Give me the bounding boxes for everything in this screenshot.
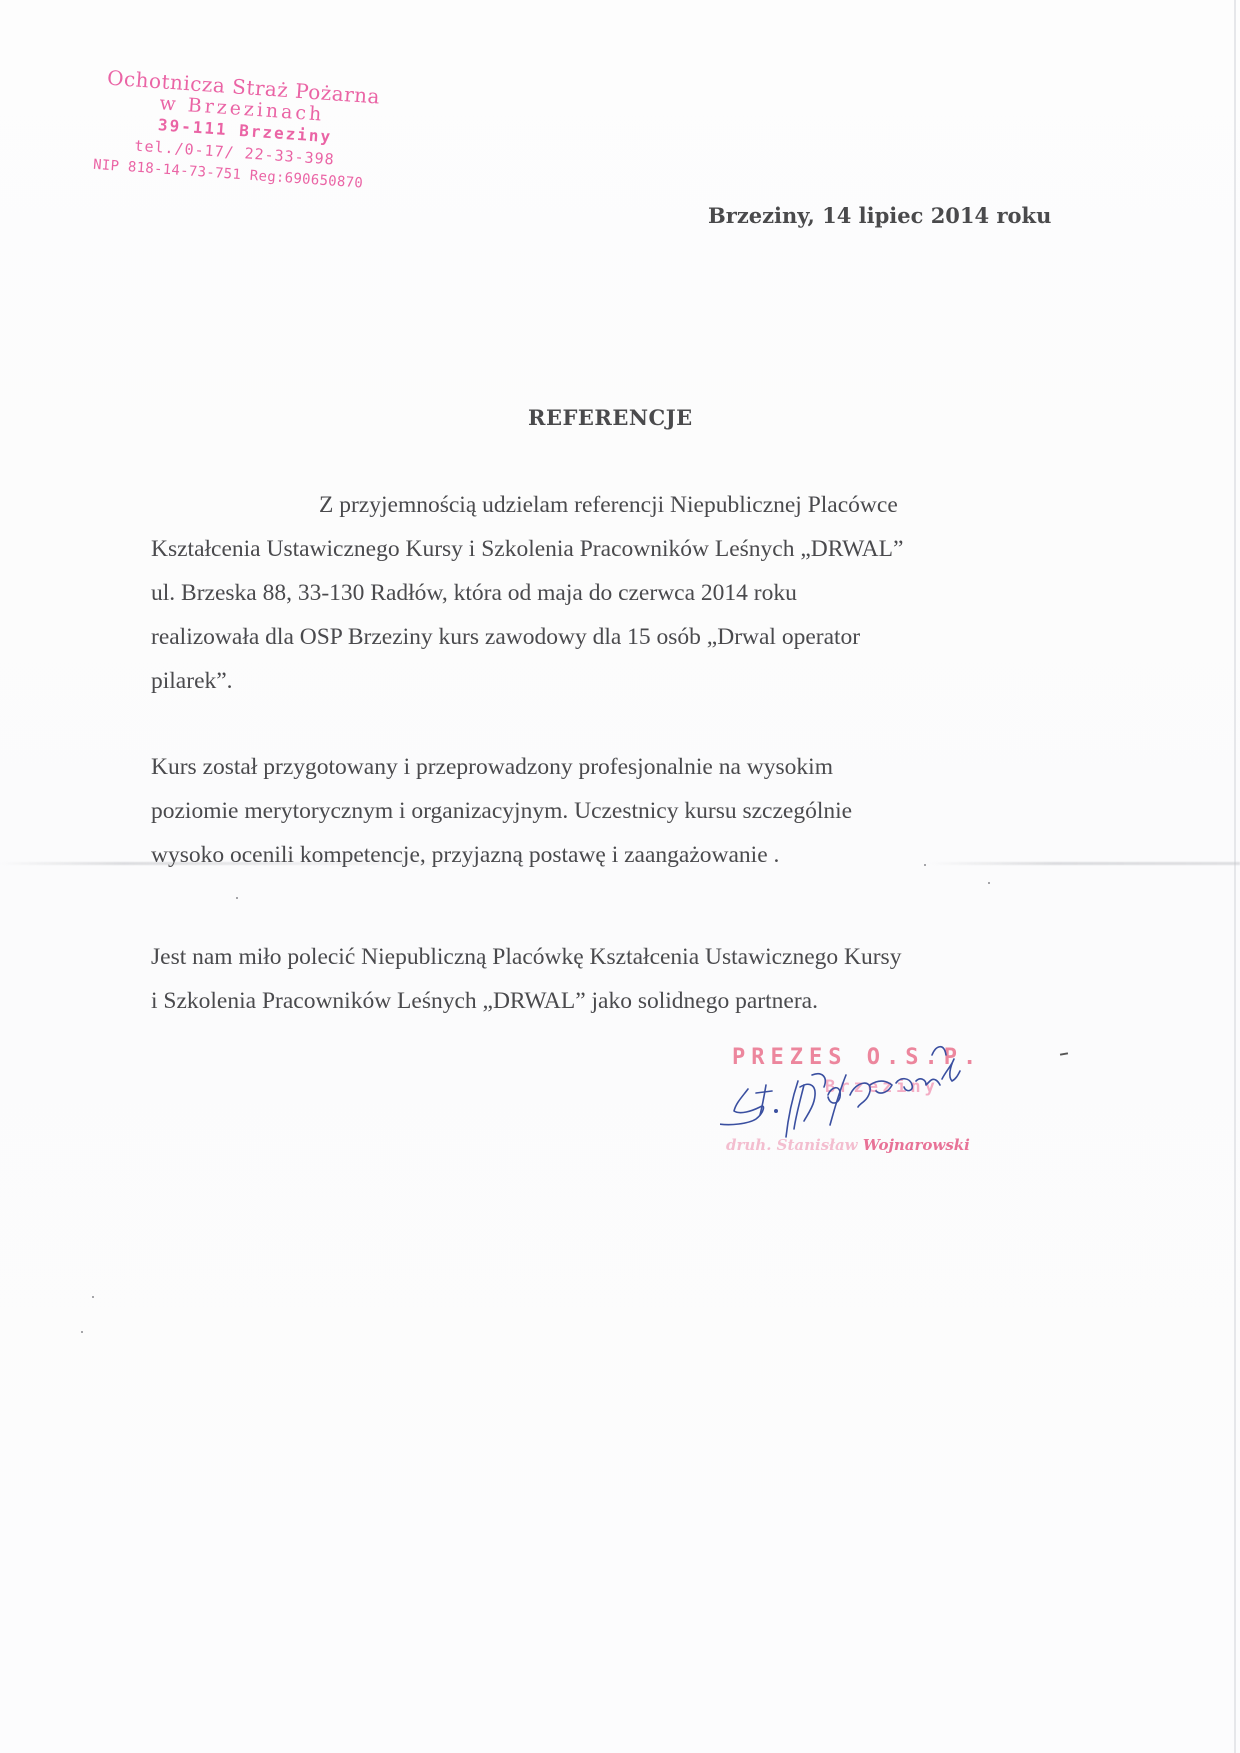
organization-stamp: Ochotnicza Straż Pożarna w Brzezinach 39… bbox=[92, 66, 419, 198]
paragraph-3: Jest nam miło polecić Niepubliczną Placó… bbox=[151, 935, 1081, 1023]
document-title: REFERENCJE bbox=[528, 405, 693, 430]
document-date: Brzeziny, 14 lipiec 2014 roku bbox=[708, 203, 1051, 228]
paragraph-line: ul. Brzeska 88, 33-130 Radłów, która od … bbox=[151, 571, 1081, 615]
paragraph-line: pilarek”. bbox=[151, 659, 1081, 703]
paper-speck bbox=[236, 897, 238, 899]
paragraph-line: realizowała dla OSP Brzeziny kurs zawodo… bbox=[151, 615, 1081, 659]
scan-edge bbox=[1234, 0, 1236, 1753]
paragraph-line: poziomie merytorycznym i organizacyjnym.… bbox=[151, 789, 1081, 833]
paragraph-line: Z przyjemnością udzielam referencji Niep… bbox=[151, 483, 1081, 527]
paper-speck bbox=[988, 882, 990, 884]
handwritten-signature-icon bbox=[720, 1045, 1080, 1175]
paper-speck bbox=[81, 1331, 83, 1333]
signature-stamp: PREZES O.S.P. Brzeziny druh. Stanisław W… bbox=[720, 1045, 1080, 1175]
document-page: Ochotnicza Straż Pożarna w Brzezinach 39… bbox=[0, 0, 1240, 1753]
paragraph-2: Kurs został przygotowany i przeprowadzon… bbox=[151, 745, 1081, 877]
paragraph-line: i Szkolenia Pracowników Leśnych „DRWAL” … bbox=[151, 979, 1081, 1023]
paragraph-line: Jest nam miło polecić Niepubliczną Placó… bbox=[151, 935, 1081, 979]
paragraph-1: Z przyjemnością udzielam referencji Niep… bbox=[151, 483, 1081, 703]
paper-speck bbox=[92, 1296, 94, 1298]
paragraph-line: wysoko ocenili kompetencje, przyjazną po… bbox=[151, 833, 1081, 877]
paragraph-line: Kurs został przygotowany i przeprowadzon… bbox=[151, 745, 1081, 789]
paragraph-line: Kształcenia Ustawicznego Kursy i Szkolen… bbox=[151, 527, 1081, 571]
paper-speck bbox=[924, 864, 926, 866]
